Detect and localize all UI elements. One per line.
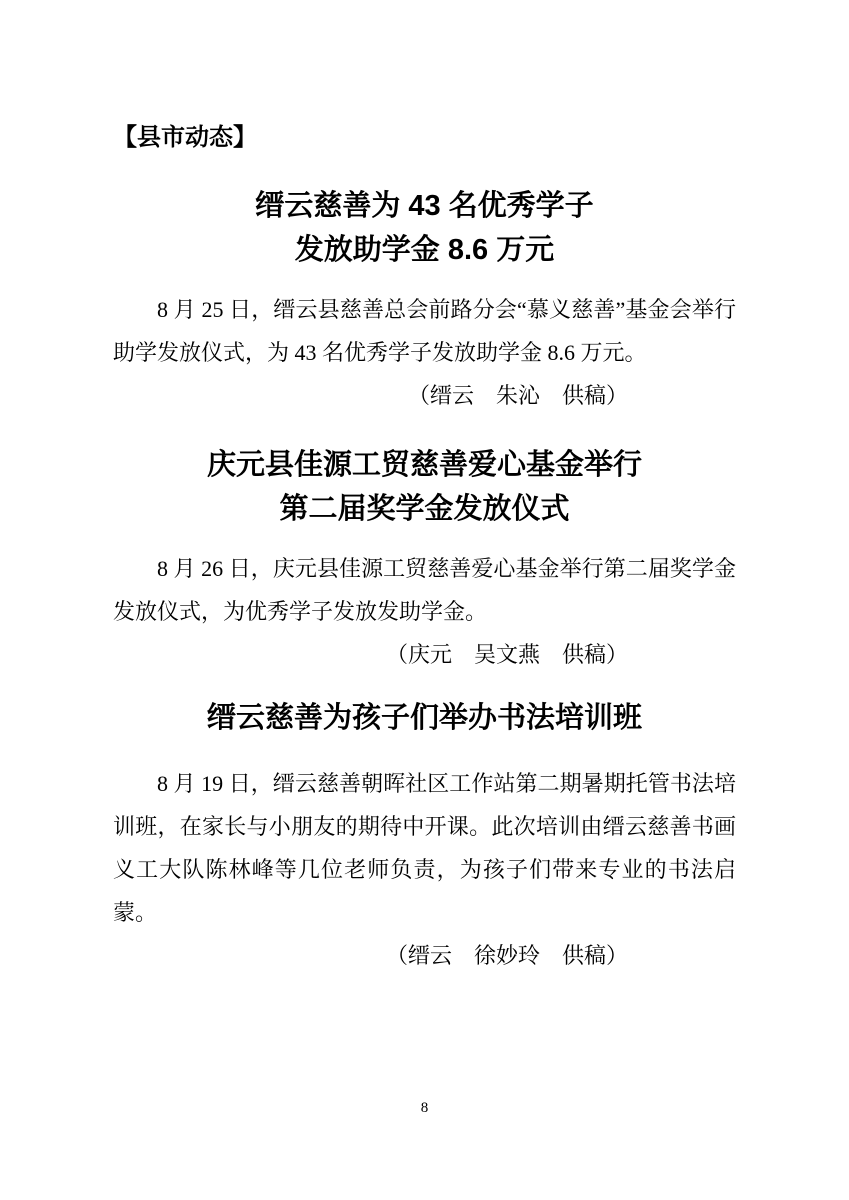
article-title: 缙云慈善为孩子们举办书法培训班 — [60, 696, 789, 740]
article-jinyun-scholarship: 缙云慈善为 43 名优秀学子 发放助学金 8.6 万元 8 月 25 日，缙云县… — [0, 184, 849, 417]
title-line: 庆元县佳源工贸慈善爱心基金举行 — [60, 443, 789, 487]
article-jinyun-calligraphy: 缙云慈善为孩子们举办书法培训班 8 月 19 日，缙云慈善朝晖社区工作站第二期暑… — [0, 696, 849, 977]
page-number: 8 — [0, 1098, 849, 1118]
section-header: 【县市动态】 — [113, 0, 736, 154]
article-attribution: （庆元 吴文燕 供稿） — [113, 633, 736, 676]
article-body: 8 月 19 日，缙云慈善朝晖社区工作站第二期暑期托管书法培训班，在家长与小朋友… — [113, 762, 736, 934]
article-body: 8 月 26 日，庆元县佳源工贸慈善爱心基金举行第二届奖学金发放仪式，为优秀学子… — [113, 547, 736, 633]
title-line: 第二届奖学金发放仪式 — [60, 487, 789, 531]
article-qingyuan-award: 庆元县佳源工贸慈善爱心基金举行 第二届奖学金发放仪式 8 月 26 日，庆元县佳… — [0, 443, 849, 676]
title-line: 缙云慈善为 43 名优秀学子 — [60, 184, 789, 228]
article-body: 8 月 25 日，缙云县慈善总会前路分会“慕义慈善”基金会举行助学发放仪式，为 … — [113, 288, 736, 374]
title-line: 发放助学金 8.6 万元 — [60, 228, 789, 272]
article-attribution: （缙云 徐妙玲 供稿） — [113, 934, 736, 977]
document-page: 【县市动态】 缙云慈善为 43 名优秀学子 发放助学金 8.6 万元 8 月 2… — [0, 0, 849, 1200]
title-line: 缙云慈善为孩子们举办书法培训班 — [60, 696, 789, 740]
article-attribution: （缙云 朱沁 供稿） — [113, 374, 736, 417]
article-title: 庆元县佳源工贸慈善爱心基金举行 第二届奖学金发放仪式 — [60, 443, 789, 531]
article-title: 缙云慈善为 43 名优秀学子 发放助学金 8.6 万元 — [60, 184, 789, 272]
